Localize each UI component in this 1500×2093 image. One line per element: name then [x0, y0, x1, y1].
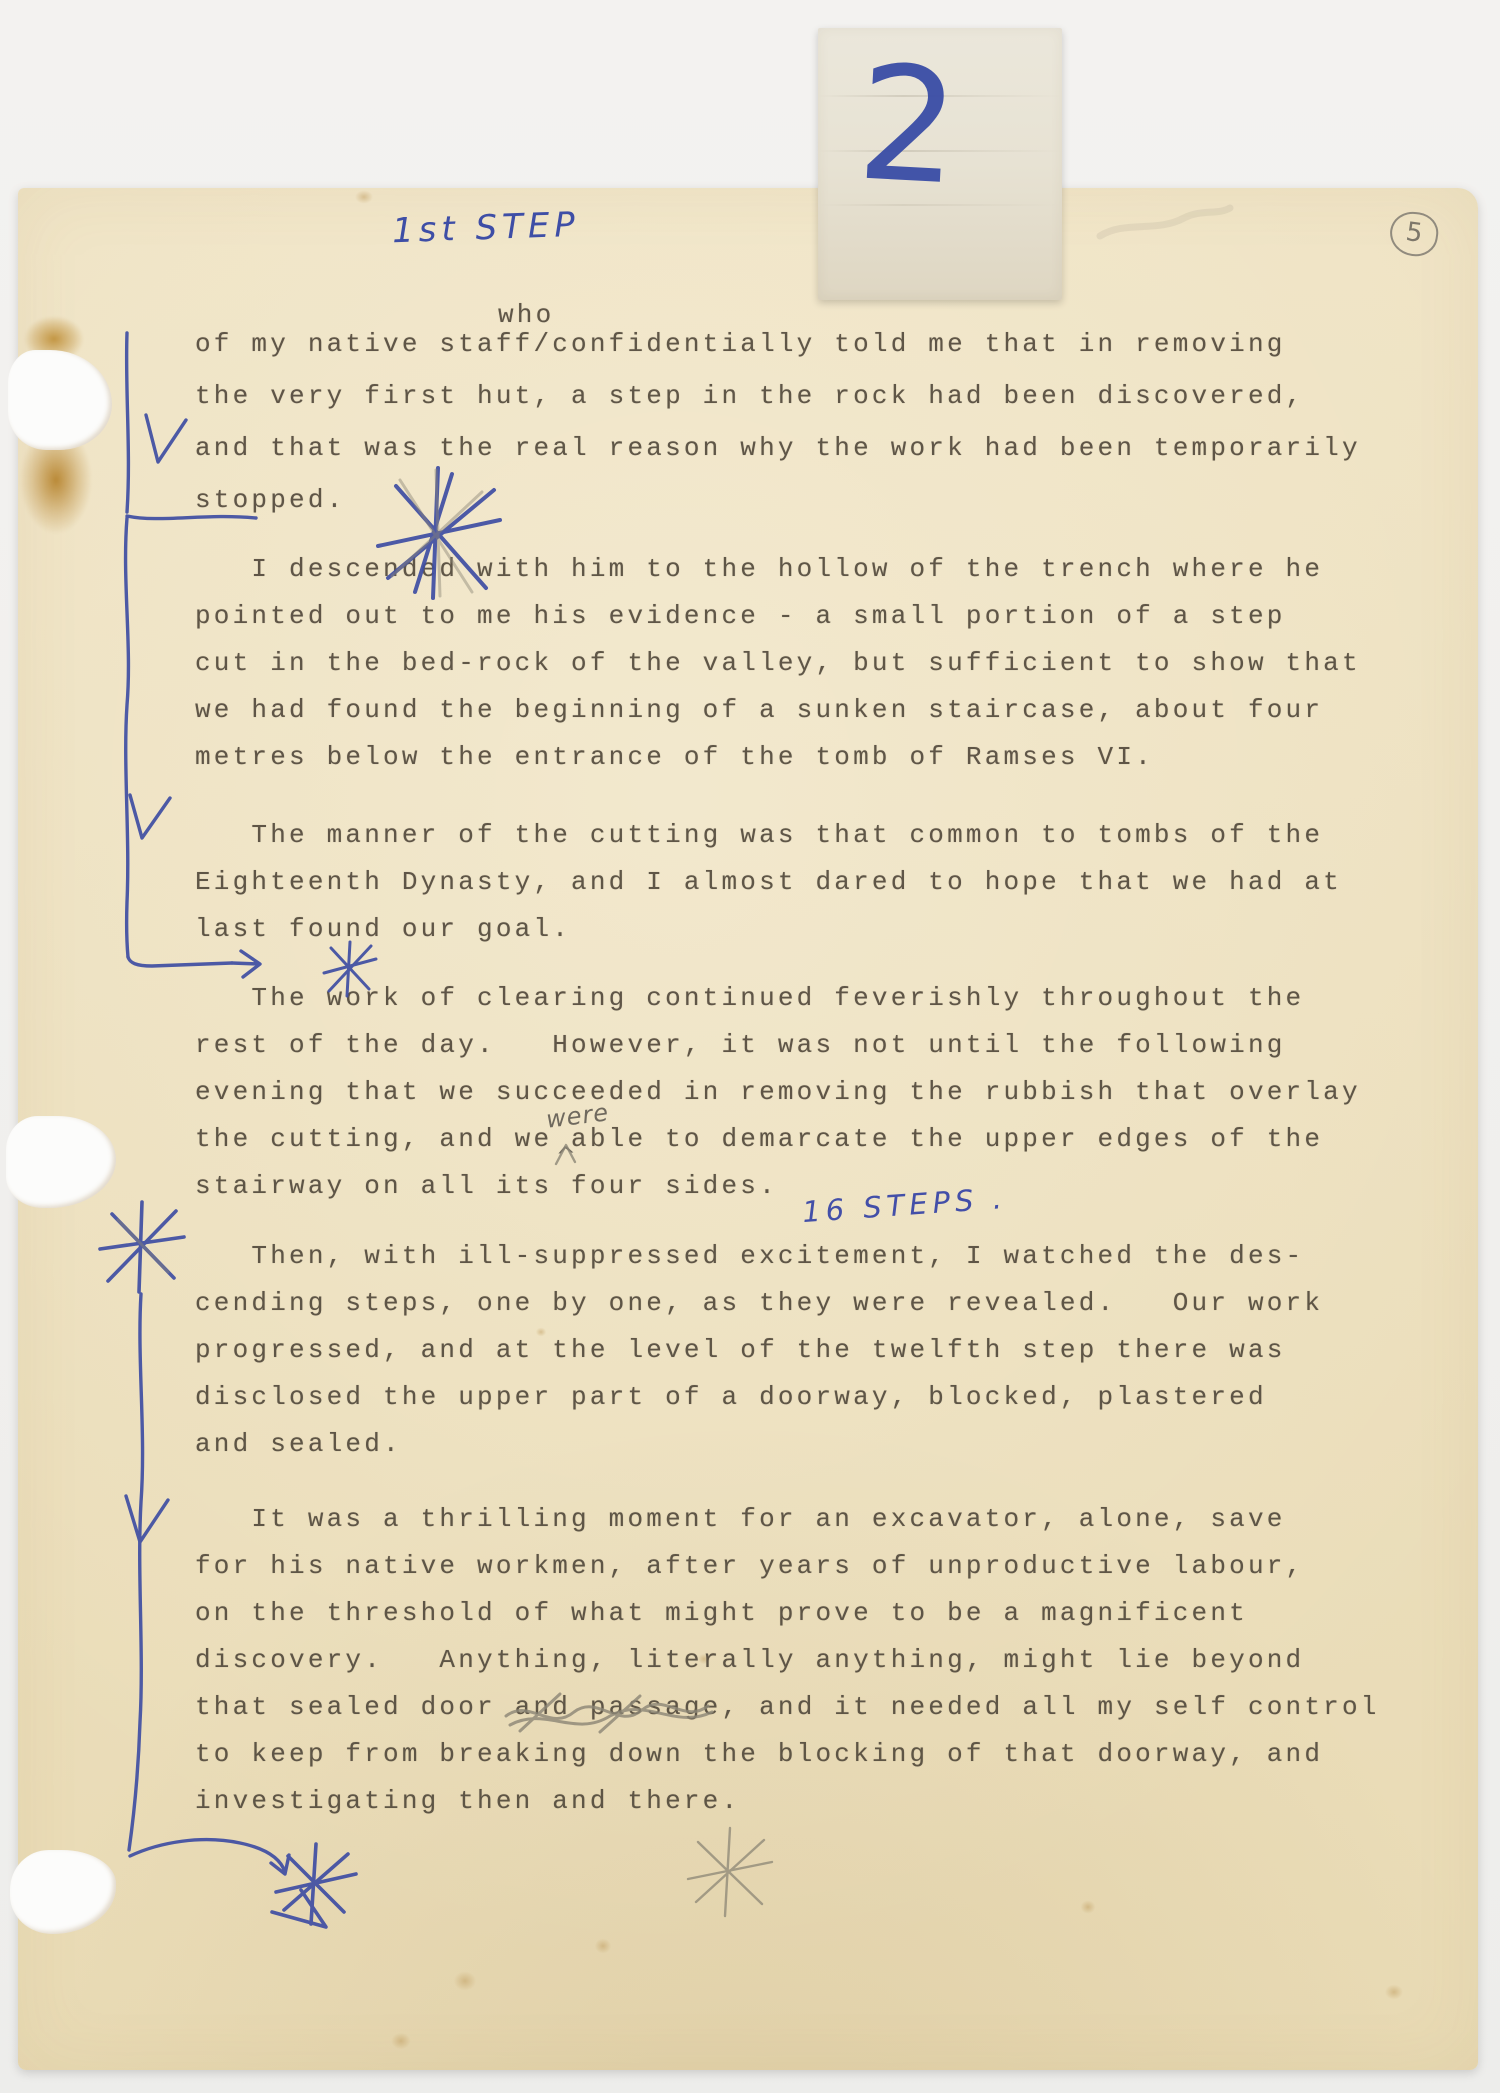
typescript-line: progressed, and at the level of the twel… [195, 1327, 1323, 1374]
typescript-line: stopped. [195, 474, 1361, 526]
typescript-line: The work of clearing continued feverishl… [195, 975, 1361, 1022]
scanned-manuscript-page: 2 5 1st STEP who of my native staff/conf… [0, 0, 1500, 2093]
typescript-line: we had found the beginning of a sunken s… [195, 687, 1361, 734]
typescript-line: last found our goal. [195, 906, 1342, 953]
typescript-line: It was a thrilling moment for an excavat… [195, 1496, 1380, 1543]
handwritten-heading: 1st STEP [391, 205, 580, 252]
paragraph-6: It was a thrilling moment for an excavat… [195, 1496, 1380, 1825]
typescript-line: stairway on all its four sides. [195, 1163, 1361, 1210]
insertion-caret: ^ [555, 1141, 577, 1170]
typescript-line: cut in the bed-rock of the valley, but s… [195, 640, 1361, 687]
paragraph-5: Then, with ill-suppressed excitement, I … [195, 1233, 1323, 1468]
typescript-line: I descended with him to the hollow of th… [195, 546, 1361, 593]
typescript-line-with-strike: that sealed door and passage, and it nee… [195, 1684, 1380, 1731]
struck-line-post: , and it needed all my self control [721, 1692, 1379, 1722]
typescript-line: and that was the real reason why the wor… [195, 422, 1361, 474]
typescript-line: discovery. Anything, literally anything,… [195, 1637, 1380, 1684]
paragraph-2: I descended with him to the hollow of th… [195, 546, 1361, 781]
typescript-line: investigating then and there. [195, 1778, 1380, 1825]
typescript-line: Eighteenth Dynasty, and I almost dared t… [195, 859, 1342, 906]
typescript-line: and sealed. [195, 1421, 1323, 1468]
paragraph-4: The work of clearing continued feverishl… [195, 975, 1361, 1210]
typescript-line: on the threshold of what might prove to … [195, 1590, 1380, 1637]
typescript-line: disclosed the upper part of a doorway, b… [195, 1374, 1323, 1421]
struck-line-pre: that sealed door [195, 1692, 515, 1722]
typescript-line: to keep from breaking down the blocking … [195, 1731, 1380, 1778]
typescript-line: Then, with ill-suppressed excitement, I … [195, 1233, 1323, 1280]
typescript-line: rest of the day. However, it was not unt… [195, 1022, 1361, 1069]
typescript-line: of my native staff/confidentially told m… [195, 318, 1361, 370]
typescript-line: pointed out to me his evidence - a small… [195, 593, 1361, 640]
paragraph-3: The manner of the cutting was that commo… [195, 812, 1342, 953]
typescript-line: evening that we succeeded in removing th… [195, 1069, 1361, 1116]
struck-out-words: and passage [515, 1692, 722, 1722]
typescript-line: the very first hut, a step in the rock h… [195, 370, 1361, 422]
handwritten-tag-number: 2 [853, 31, 963, 220]
attached-paper-tag: 2 [818, 28, 1062, 300]
typescript-line: for his native workmen, after years of u… [195, 1543, 1380, 1590]
typescript-line: The manner of the cutting was that commo… [195, 812, 1342, 859]
typescript-line: the cutting, and we able to demarcate th… [195, 1116, 1361, 1163]
typescript-line: metres below the entrance of the tomb of… [195, 734, 1361, 781]
typescript-line: cending steps, one by one, as they were … [195, 1280, 1323, 1327]
paragraph-1: of my native staff/confidentially told m… [195, 318, 1361, 526]
